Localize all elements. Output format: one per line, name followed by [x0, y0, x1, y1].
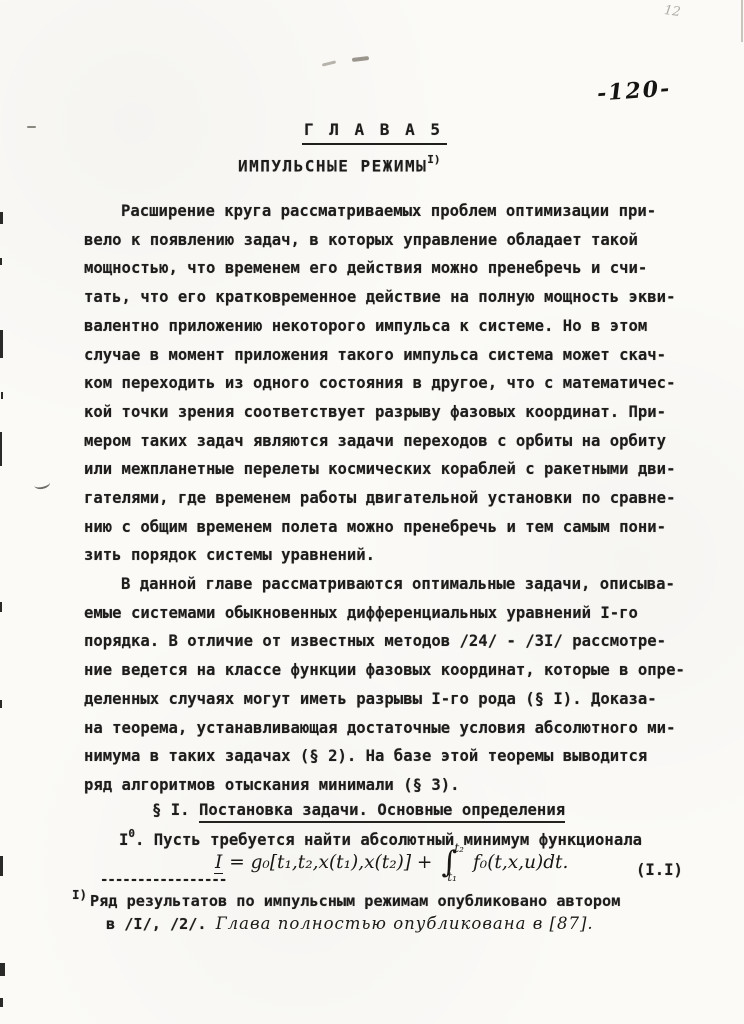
text-line: емые системами обыкновенных дифференциал…: [84, 599, 684, 628]
formula-variable: I: [214, 852, 223, 874]
text-line: кой точки зрения соответствует разрыву ф…: [84, 398, 684, 427]
text-line: Расширение круга рассматриваемых проблем…: [84, 197, 684, 226]
faint-corner-mark: 12: [663, 3, 681, 20]
scan-smudge: [352, 56, 369, 62]
edge-speck: [0, 700, 2, 708]
text-line: деленных случаях могут иметь разрывы I-г…: [84, 685, 684, 714]
footnote-marker: I): [72, 887, 87, 902]
text-line: ряд алгоритмов отыскания минимали (§ 3).: [84, 771, 684, 800]
text-line: мощностью, что временем его действия мож…: [84, 254, 684, 283]
footnote-separator: -----------------: [100, 872, 226, 888]
text-line: В данной главе рассматриваются оптимальн…: [84, 570, 684, 599]
text-line: зить порядок системы уравнений.: [84, 541, 684, 570]
item-1-line: I0. Пусть требуется найти абсолютный мин…: [119, 829, 642, 849]
edge-speck: [0, 432, 2, 466]
chapter-subtitle-text: ИМПУЛЬСНЫЕ РЕЖИМЫ: [238, 156, 427, 175]
footnote-line-2-typed: в /I/, /2/.: [106, 915, 216, 933]
text-line: или межпланетные перелеты космических ко…: [84, 455, 684, 484]
item-text: . Пусть требуется найти абсолютный миним…: [135, 831, 642, 849]
text-line: нию с общим временем полета можно пренеб…: [84, 513, 684, 542]
text-line: ние ведется на классе функции фазовых ко…: [84, 656, 684, 685]
item-marker: I: [119, 831, 128, 849]
handwritten-page-number: -120-: [596, 75, 672, 106]
scan-smudge: [27, 126, 36, 128]
text-line: тать, что его кратковременное действие н…: [84, 283, 684, 312]
paragraph-1: Расширение круга рассматриваемых проблем…: [84, 197, 684, 570]
text-line: гателями, где временем работы двигательн…: [84, 484, 684, 513]
edge-speck: [0, 330, 3, 358]
item-marker-sup: 0: [128, 827, 135, 840]
chapter-subtitle: ИМПУЛЬСНЫЕ РЕЖИМЫI): [238, 155, 441, 175]
footnote-line-1: Ряд результатов по импульсным режимам оп…: [90, 892, 620, 910]
pen-mark: [33, 477, 51, 490]
section-heading-title: Постановка задачи. Основные определения: [199, 801, 565, 823]
text-line: случае в момент приложения такого импуль…: [84, 341, 684, 370]
text-line: нимума в таких задачах (§ 2). На базе эт…: [84, 742, 684, 771]
integral-symbol: ∫t₂t₁: [438, 850, 473, 877]
scanned-document-page: 12 -120- Г Л А В А 5 ИМПУЛЬСНЫЕ РЕЖИМЫI)…: [0, 0, 744, 1024]
text-line: мером таких задач являются задачи перехо…: [84, 427, 684, 456]
integral-upper-limit: t₂: [454, 841, 464, 855]
footnote-line-2: в /I/, /2/. Глава полностью опубликована…: [106, 914, 594, 933]
text-line: ком переходить из одного состояния в дру…: [84, 369, 684, 398]
edge-speck: [0, 856, 3, 876]
edge-speck: [0, 212, 3, 224]
scan-smudge: [322, 60, 336, 66]
formula-middle: = g₀[t₁,t₂,x(t₁),x(t₂)] +: [223, 852, 438, 873]
edge-speck: [0, 998, 3, 1007]
footnote-reference-mark: I): [427, 153, 440, 166]
paragraph-2: В данной главе рассматриваются оптимальн…: [84, 570, 684, 800]
integral-lower-limit: t₁: [447, 870, 457, 884]
formula-integrand: f₀(t,x,u)dt.: [473, 852, 568, 873]
formula-1-1: I = g₀[t₁,t₂,x(t₁),x(t₂)] + ∫t₂t₁f₀(t,x,…: [214, 850, 568, 877]
text-line: валентно приложению некоторого импульса …: [84, 312, 684, 341]
section-heading: § I. Постановка задачи. Основные определ…: [152, 801, 565, 819]
edge-speck: [0, 258, 2, 265]
edge-speck: [1, 392, 3, 399]
text-line: порядка. В отличие от известных методов …: [84, 627, 684, 656]
scan-edge-line: [741, 0, 743, 42]
text-line: вело к появлению задач, в которых управл…: [84, 226, 684, 255]
equation-number: (I.I): [636, 861, 683, 879]
footnote-line-2-handwritten: Глава полностью опубликована в [87].: [216, 914, 594, 933]
edge-speck: [0, 963, 5, 976]
section-heading-prefix: § I.: [152, 801, 199, 819]
chapter-heading: Г Л А В А 5: [302, 120, 447, 145]
edge-speck: [0, 602, 2, 612]
text-line: на теорема, устанавливающая достаточные …: [84, 714, 684, 743]
